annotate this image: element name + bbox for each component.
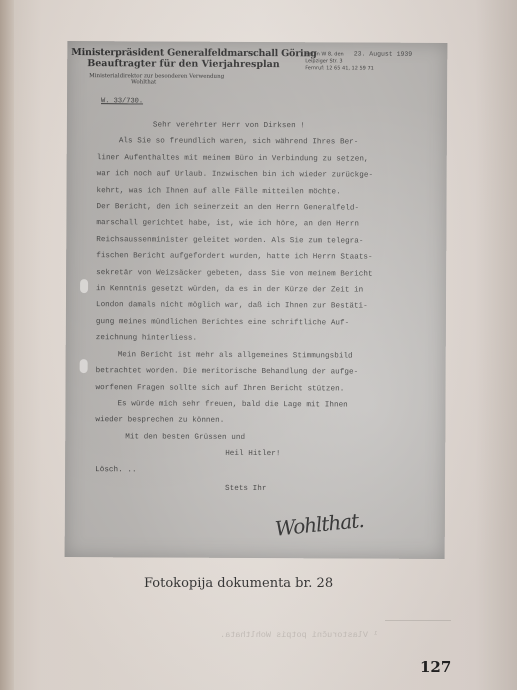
salutation: Sehr verehrter Herr von Dirksen ! [97, 117, 445, 135]
body-line: fischen Bericht aufgefordert wurden, hat… [96, 248, 444, 266]
sender-phone: Fernruf: 12 65 41, 12 59 71 [305, 65, 445, 73]
body-line: Mein Bericht ist mehr als allgemeines St… [96, 347, 444, 365]
body-line: kehrt, was ich Ihnen auf alle Fälle mitt… [97, 183, 445, 201]
document-photocopy: Ministerpräsident Generalfeldmarschall G… [65, 41, 448, 559]
body-line: wieder besprechen zu können. [95, 412, 443, 430]
body-line: gung meines mündlichen Berichtes eine sc… [96, 314, 444, 332]
letter-body: Sehr verehrter Herr von Dirksen ! Als Si… [95, 117, 445, 498]
reference-number: W. 33/730. [101, 97, 143, 105]
body-line: worfenen Fragen sollte sich auf Ihren Be… [95, 380, 443, 398]
valediction: Stets Ihr [95, 480, 443, 498]
sender-info: Berlin W 8, den23. August 1939 Leipziger… [305, 50, 445, 73]
closing-line: Mit den besten Grüssen und [95, 429, 443, 447]
page-number: 127 [420, 658, 451, 676]
body-line: betrachtet worden. Die meritorische Beha… [96, 363, 444, 381]
body-line: war ich noch auf Urlaub. Inzwischen bin … [97, 166, 445, 184]
punch-hole-mark [80, 359, 88, 373]
body-line: London damals nicht möglich war, daß ich… [96, 298, 444, 316]
closing-greeting: Heil Hitler! [95, 445, 443, 463]
letterhead-name: Wohlthat [71, 79, 291, 86]
letterhead-subtitle: Beauftragter für den Vierjahresplan [71, 58, 291, 70]
handwritten-signature: Wohlthat. [274, 508, 365, 541]
body-line: marschall gerichtet habe, ist, wie ich h… [96, 216, 444, 234]
enclosure-note: Lösch. .. [95, 462, 443, 480]
body-line: Es würde mich sehr freuen, bald die Lage… [95, 396, 443, 414]
body-line: Der Bericht, den ich seinerzeit an den H… [96, 199, 444, 217]
body-line: sekretär von Weizsäcker gebeten, dass Si… [96, 265, 444, 283]
figure-caption: Fotokopija dokumenta br. 28 [144, 576, 333, 591]
letterhead: Ministerpräsident Generalfeldmarschall G… [71, 47, 291, 86]
body-line: Als Sie so freundlich waren, sich währen… [97, 134, 445, 152]
letter-date: 23. August 1939 [354, 51, 413, 58]
body-line: zeichnung hinterliess. [96, 330, 444, 348]
body-line: Reichsaussenminister geleitet worden. Al… [96, 232, 444, 250]
book-spine-edge [0, 0, 14, 690]
sender-city: Berlin W 8, den [305, 51, 343, 57]
punch-hole-mark [80, 279, 88, 293]
body-line: liner Aufenthaltes mit meinem Büro in Ve… [97, 150, 445, 168]
bleed-through-footnote: ¹ Vlastoručni potpis Wohlthata. [220, 630, 378, 640]
bleed-through-rule [385, 620, 451, 621]
body-line: in Kenntnis gesetzt würden, da es in der… [96, 281, 444, 299]
